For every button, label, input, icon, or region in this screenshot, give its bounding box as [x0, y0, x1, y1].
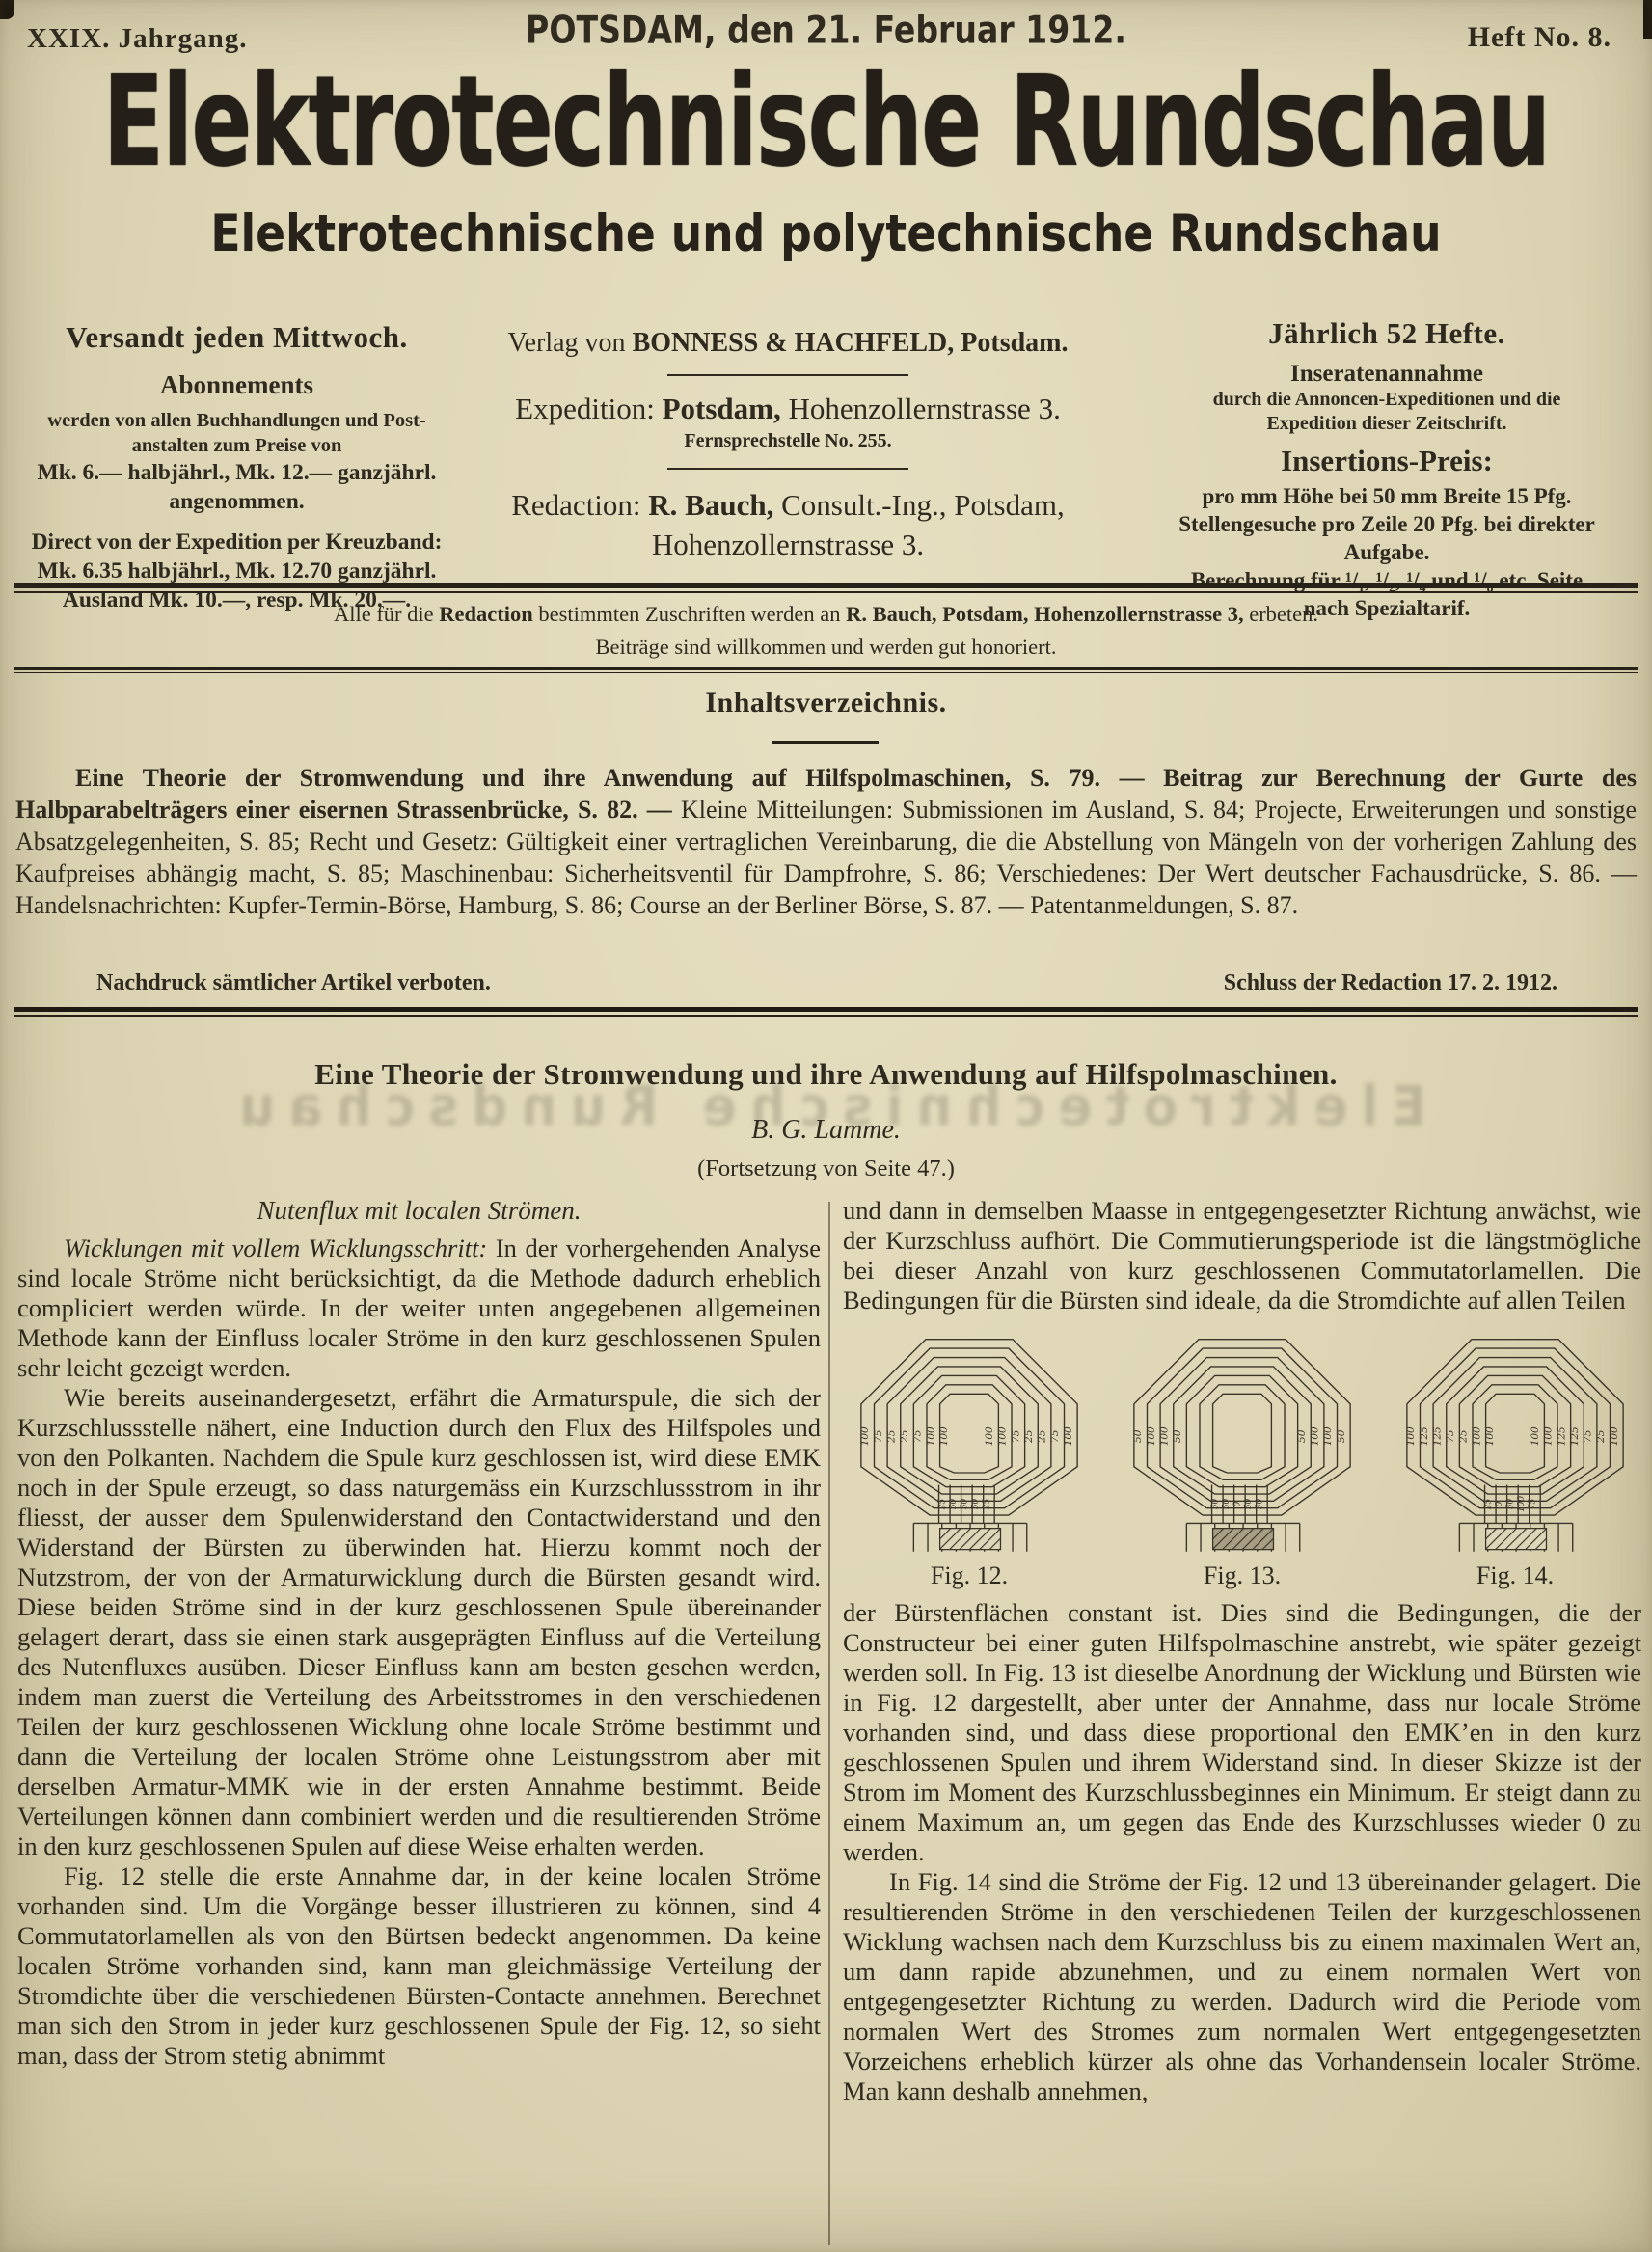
divider-rule	[14, 667, 1638, 673]
dispatch-line: Versandt jeden Mittwoch.	[17, 320, 456, 355]
svg-text:25: 25	[1458, 1429, 1470, 1444]
svg-text:100: 100	[1405, 1426, 1417, 1446]
masthead-title: Elektrotechnische Rundschau	[58, 48, 1594, 195]
figure: 50100100505010010050505005050 Fig. 13.	[1116, 1325, 1368, 1590]
svg-text:25: 25	[1037, 1429, 1048, 1444]
abo-price-line: Mk. 6.— halbjährl., Mk. 12.— ganzjährl.	[17, 458, 456, 487]
redaction-deadline: Schluss der Redaction 17. 2. 1912.	[1224, 970, 1557, 996]
expedition-city: Potsdam,	[655, 392, 781, 425]
svg-text:50: 50	[1210, 1498, 1220, 1509]
publisher-prefix: Verlag von	[507, 328, 632, 358]
figure: 1001251257525100100100100125125752510025…	[1389, 1325, 1641, 1590]
section-heading: Nutenflux mit localen Strömen.	[17, 1196, 821, 1226]
svg-text:100: 100	[984, 1426, 995, 1446]
svg-text:100: 100	[1484, 1426, 1496, 1446]
figure-caption: Fig. 12.	[843, 1561, 1096, 1590]
svg-text:100: 100	[1322, 1426, 1334, 1446]
inserate-heading: Inseratenannahme	[1126, 361, 1647, 388]
winding-diagram-svg: 1001251257525100100100100125125752510025…	[1389, 1325, 1641, 1560]
direct-order-line: Direct von der Expedition per Kreuzband:	[17, 528, 456, 556]
svg-text:50: 50	[1172, 1429, 1183, 1443]
svg-text:50: 50	[1132, 1429, 1144, 1443]
article-title: Eine Theorie der Stromwendung und ihre A…	[0, 1057, 1652, 1092]
advertising-info: Jährlich 52 Hefte. Inseratenannahme durc…	[1126, 316, 1647, 622]
winding-figure-canvas: 1007525257510010010010075252575100255050…	[843, 1325, 1096, 1560]
svg-text:125: 125	[1569, 1426, 1581, 1446]
svg-text:100: 100	[925, 1426, 936, 1446]
svg-text:75: 75	[912, 1429, 924, 1443]
divider-rule	[14, 583, 1638, 593]
svg-text:75: 75	[873, 1429, 884, 1443]
svg-text:100: 100	[1063, 1426, 1074, 1446]
svg-text:50: 50	[971, 1498, 981, 1509]
redaction-line: Redaction: R. Bauch, Consult.-Ing., Pots…	[474, 485, 1101, 564]
svg-text:50: 50	[949, 1498, 959, 1509]
redaction-label: Redaction:	[511, 488, 640, 522]
winding-diagram-svg: 1007525257510010010010075252575100255050…	[843, 1325, 1096, 1560]
svg-text:75: 75	[1049, 1429, 1061, 1443]
paragraph: der Bürstenflächen constant ist. Dies si…	[843, 1598, 1641, 1867]
divider-rule	[14, 1007, 1638, 1017]
expedition-street: Hohenzollernstrasse 3.	[781, 392, 1061, 425]
svg-text:25: 25	[982, 1498, 991, 1510]
article-column-left: Nutenflux mit localen Strömen. Wicklunge…	[17, 1196, 821, 2071]
notice-bold: R. Bauch, Potsdam, Hohenzollernstrasse 3…	[846, 602, 1244, 626]
svg-text:50: 50	[1255, 1498, 1264, 1509]
article-column-right: und dann in demselben Maasse in entgegen…	[843, 1196, 1641, 2106]
toc-paragraph: Eine Theorie der Stromwendung und ihre A…	[15, 762, 1637, 921]
svg-text:25: 25	[937, 1498, 947, 1510]
notice-text: bestimmten Zuschriften werden an	[533, 602, 846, 626]
svg-text:100: 100	[1530, 1426, 1541, 1446]
publisher-info: Verlag von BONNESS & HACHFELD, Potsdam. …	[474, 328, 1101, 564]
publisher-line: Verlag von BONNESS & HACHFELD, Potsdam.	[474, 328, 1101, 359]
yearly-issues-line: Jährlich 52 Hefte.	[1126, 316, 1647, 351]
redaction-name: R. Bauch,	[641, 488, 774, 522]
redaction-rest: Consult.-Ing., Potsdam,	[773, 488, 1064, 522]
svg-text:100: 100	[859, 1426, 871, 1446]
svg-text:125: 125	[1556, 1426, 1567, 1446]
svg-text:125: 125	[1431, 1426, 1443, 1446]
svg-text:50: 50	[1336, 1429, 1347, 1443]
svg-text:25: 25	[1483, 1498, 1493, 1510]
price-line: Aufgabe.	[1126, 538, 1647, 566]
svg-text:100: 100	[1609, 1426, 1620, 1446]
svg-text:25: 25	[885, 1429, 897, 1444]
svg-text:100: 100	[997, 1426, 1009, 1446]
issue-date: POTSDAM, den 21. Februar 1912.	[67, 10, 1586, 52]
publisher-name: BONNESS & HACHFELD, Potsdam.	[633, 328, 1069, 358]
winding-diagram-svg: 50100100505010010050505005050	[1116, 1325, 1368, 1560]
svg-text:100: 100	[1146, 1426, 1157, 1446]
subscription-info: Versandt jeden Mittwoch. Abonnements wer…	[17, 320, 456, 614]
svg-text:100: 100	[1158, 1426, 1170, 1446]
svg-text:100: 100	[1517, 1496, 1527, 1512]
abo-price-line: angenommen.	[17, 487, 456, 516]
svg-text:75: 75	[1583, 1429, 1594, 1443]
abonnements-heading: Abonnements	[17, 370, 456, 400]
paragraph: In Fig. 14 sind die Ströme der Fig. 12 u…	[843, 1867, 1641, 2106]
column-divider	[828, 1202, 830, 2245]
paragraph: Wie bereits auseinandergesetzt, erfährt …	[17, 1383, 821, 1861]
svg-text:100: 100	[938, 1426, 950, 1446]
insertions-preis-heading: Insertions-Preis:	[1126, 444, 1647, 478]
divider-rule	[667, 468, 908, 470]
redaction-notice: Alle für die Redaction bestimmten Zuschr…	[0, 598, 1652, 664]
svg-text:50: 50	[1296, 1429, 1308, 1443]
redaction-street: Hohenzollernstrasse 3.	[652, 528, 924, 561]
winding-figure-canvas: 1001251257525100100100100125125752510025…	[1389, 1325, 1641, 1560]
figure-caption: Fig. 13.	[1116, 1561, 1368, 1590]
divider-rule	[772, 741, 879, 744]
figure: 1007525257510010010010075252575100255050…	[843, 1325, 1096, 1590]
inserate-text-line: Expedition dieser Zeitschrift.	[1126, 412, 1647, 436]
svg-text:75: 75	[1445, 1429, 1456, 1443]
notice-text: Beiträge sind willkommen und werden gut …	[595, 635, 1056, 659]
figure-caption: Fig. 14.	[1389, 1561, 1641, 1590]
article-author: B. G. Lamme.	[0, 1115, 1652, 1146]
expedition-line: Expedition: Potsdam, Hohenzollernstrasse…	[474, 392, 1101, 426]
paragraph: Wicklungen mit vollem Wicklungsschritt: …	[17, 1234, 821, 1383]
abo-text-line: anstalten zum Preise von	[17, 433, 456, 458]
journal-page: XXIX. Jahrgang. POTSDAM, den 21. Februar…	[0, 0, 1652, 2252]
svg-text:25: 25	[899, 1429, 910, 1444]
price-line: Stellengesuche pro Zeile 20 Pfg. bei dir…	[1126, 510, 1647, 538]
svg-text:50: 50	[1505, 1498, 1515, 1509]
notice-text: Alle für die	[334, 602, 439, 626]
svg-text:100: 100	[1543, 1426, 1555, 1446]
notice-bold: Redaction	[439, 602, 533, 626]
paragraph: und dann in demselben Maasse in entgegen…	[843, 1196, 1641, 1316]
article-continuation-note: (Fortsetzung von Seite 47.)	[0, 1155, 1652, 1182]
inserate-text-line: durch die Annoncen-Expeditionen und die	[1126, 388, 1647, 412]
scan-edge-mark	[1643, 0, 1652, 39]
winding-figure-canvas: 50100100505010010050505005050	[1116, 1325, 1368, 1560]
svg-text:0: 0	[1232, 1501, 1242, 1506]
svg-text:100: 100	[1310, 1426, 1321, 1446]
paragraph: Fig. 12 stelle die erste Annahme dar, in…	[17, 1861, 821, 2071]
svg-text:0: 0	[1495, 1501, 1504, 1506]
svg-text:50: 50	[960, 1498, 969, 1509]
direct-order-line: Mk. 6.35 halbjährl., Mk. 12.70 ganzjährl…	[17, 556, 456, 585]
scan-corner-mark	[0, 0, 14, 19]
notice-text: erbeten.	[1244, 602, 1318, 626]
paragraph-lead-italic: Wicklungen mit vollem Wicklungsschritt:	[64, 1234, 487, 1262]
figure-row: 1007525257510010010010075252575100255050…	[843, 1325, 1641, 1590]
toc-heading: Inhaltsverzeichnis.	[0, 687, 1652, 719]
svg-text:100: 100	[1471, 1426, 1482, 1446]
masthead-subtitle: Elektrotechnische und polytechnische Run…	[25, 204, 1628, 264]
phone-line: Fernsprechstelle No. 255.	[474, 430, 1101, 452]
svg-text:50: 50	[1222, 1498, 1232, 1509]
price-line: pro mm Höhe bei 50 mm Breite 15 Pfg.	[1126, 482, 1647, 510]
abo-text-line: werden von allen Buchhandlungen und Post…	[17, 408, 456, 433]
svg-text:75: 75	[1528, 1498, 1537, 1509]
svg-text:25: 25	[1595, 1429, 1607, 1444]
reprint-notice: Nachdruck sämtlicher Artikel verboten.	[96, 970, 491, 996]
svg-text:25: 25	[1023, 1429, 1035, 1444]
svg-text:75: 75	[1010, 1429, 1021, 1443]
svg-text:50: 50	[1244, 1498, 1254, 1509]
svg-text:125: 125	[1419, 1426, 1430, 1446]
expedition-label: Expedition:	[515, 392, 655, 425]
divider-rule	[667, 374, 908, 376]
